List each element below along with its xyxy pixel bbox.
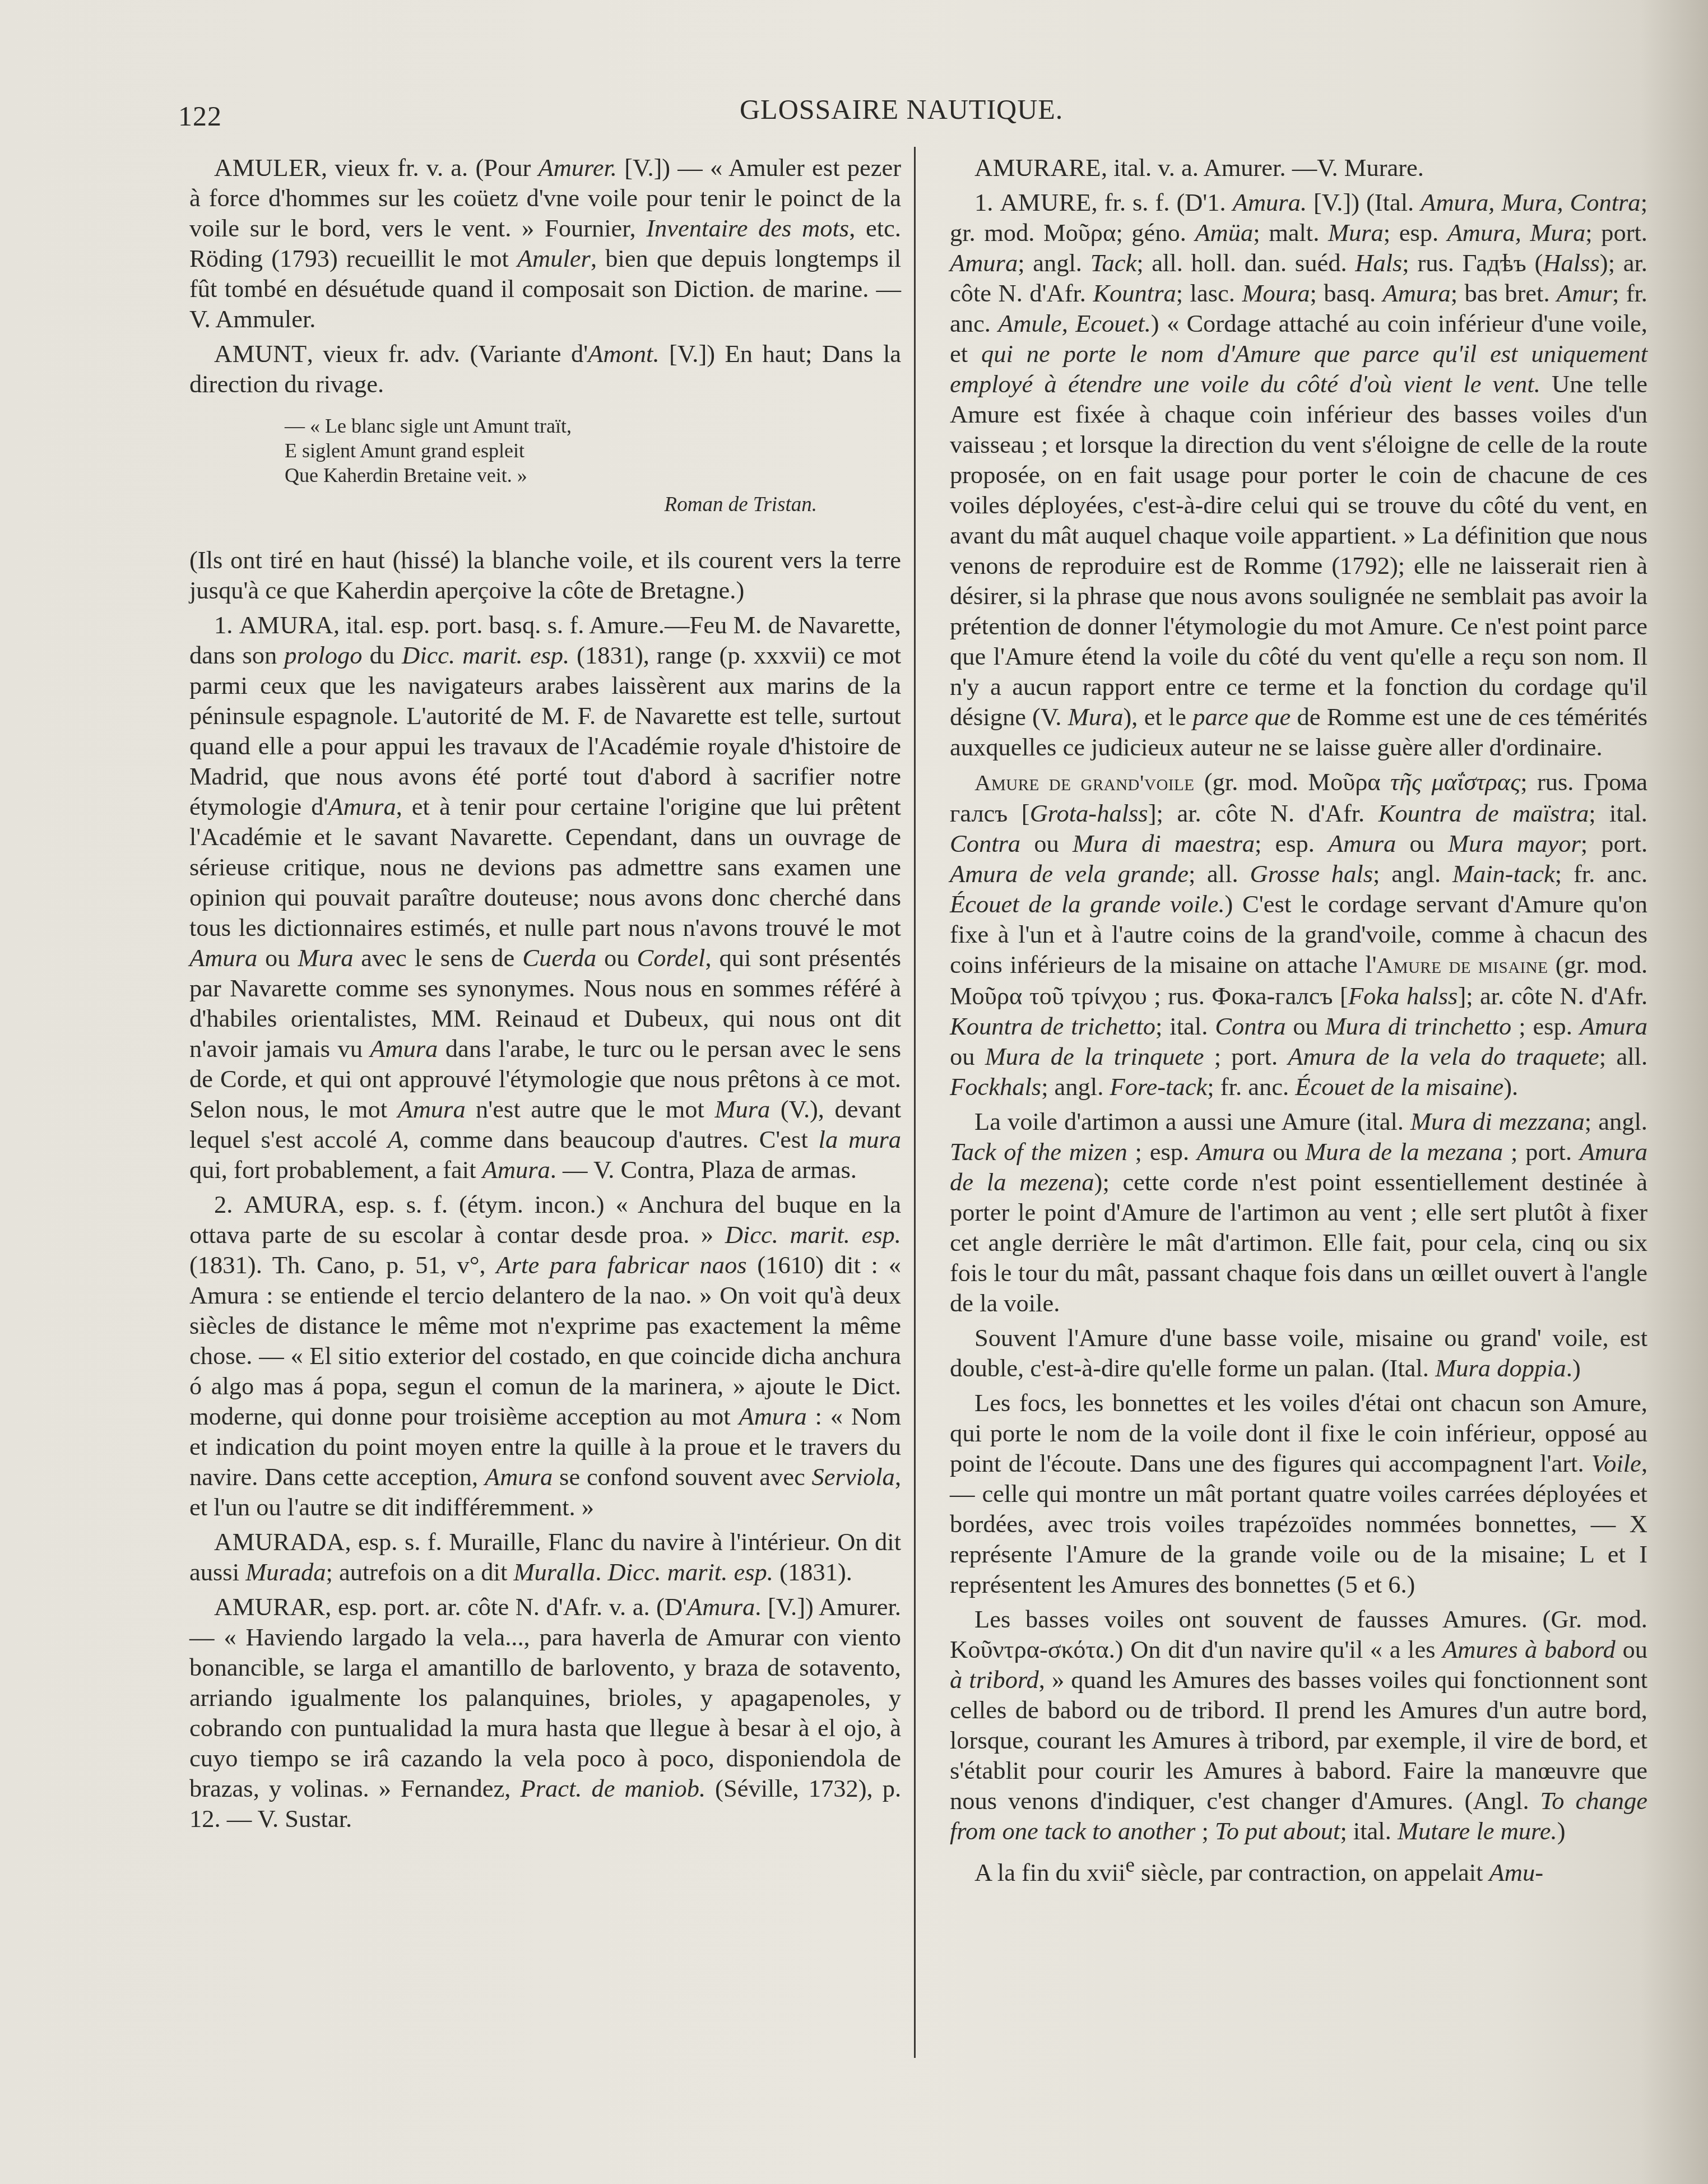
entry-amura-2: 2. AMURA, esp. s. f. (étym. incon.) « An… [189, 1189, 901, 1522]
text-run: ; all. holl. dan. suéd. [1136, 249, 1355, 277]
text-run: ; lasc. [1176, 279, 1242, 307]
page-number: 122 [178, 100, 222, 132]
italic-text: Mura [714, 1095, 770, 1123]
text-run: n'est autre que le mot [466, 1095, 715, 1123]
italic-text: Mura mayor [1448, 829, 1581, 857]
italic-text: Mura di mezzana [1410, 1107, 1585, 1135]
italic-text: Amurer. [538, 154, 617, 182]
text-run: (1831). [773, 1558, 852, 1586]
text-run: ; ital. [1155, 1012, 1215, 1040]
headword: AMURA [244, 1190, 338, 1218]
italic-text: Foka halss [1348, 982, 1458, 1010]
italic-text: Fockhals [950, 1073, 1041, 1101]
text-run: ou [1285, 1012, 1325, 1040]
italic-text: Dicc. marit. esp. [608, 1558, 773, 1586]
entry-amure-de-grand-voile: Amure de grand'voile (gr. mod. Μοῦρα τῆς… [950, 767, 1647, 1102]
text-run: ; esp. [1255, 829, 1328, 857]
italic-text: Amur [1557, 279, 1612, 307]
italic-text: Halss [1543, 249, 1599, 277]
text-run: ), et le [1124, 703, 1193, 731]
text-run: ) [1557, 1817, 1566, 1845]
text-run: 1. [974, 188, 1000, 216]
headword: AMURAR [214, 1593, 325, 1621]
text-run: ; [1195, 1817, 1215, 1845]
text-run: ou [1265, 1138, 1305, 1166]
italic-text: Amura. [1233, 188, 1307, 216]
italic-text: Mura doppia [1435, 1354, 1566, 1382]
text-run: siècle, par contraction, on appelait [1135, 1858, 1489, 1886]
italic-text: Écouet de la misaine [1295, 1073, 1503, 1101]
italic-text: Amura [482, 1156, 550, 1184]
italic-text: Amuler [517, 244, 591, 272]
text-run: ]; ar. côte N. d'Afr. [1148, 799, 1379, 827]
verse-quotation: — « Le blanc sigle unt Amunt traït, E si… [285, 414, 901, 488]
paragraph-focs: Les focs, les bonnettes et les voiles d'… [950, 1388, 1647, 1599]
running-title: GLOSSAIRE NAUTIQUE. [740, 93, 1063, 126]
italic-text: Fore-tack [1110, 1073, 1207, 1101]
text-run: ; fr. anc. [1555, 860, 1647, 888]
text-run: , ital. v. a. Amurer. —V. Murare. [1101, 154, 1424, 182]
italic-text: Amures à babord [1442, 1635, 1616, 1663]
italic-text: Amont. [588, 340, 659, 368]
italic-text: Cuerda [522, 944, 596, 972]
italic-text: Amura de la vela do traquete [1288, 1042, 1599, 1070]
italic-text: Amura [1383, 279, 1451, 307]
italic-text: Mura de la trinquete [985, 1042, 1204, 1070]
text-run: ; port. [1503, 1138, 1580, 1166]
italic-text: Inventaire des mots [646, 214, 849, 242]
verse-line: Que Kaherdin Bretaine veit. » [285, 463, 901, 488]
book-page: 122 GLOSSAIRE NAUTIQUE. AMULER, vieux fr… [0, 0, 1708, 2184]
italic-text: Mura di trinchetto [1325, 1012, 1511, 1040]
italic-text: Mura de la mezana [1305, 1138, 1503, 1166]
italic-text: Écouet de la grande voile. [950, 890, 1225, 918]
italic-text: Amura, Mura [1447, 219, 1586, 247]
paragraph-fin-xviie: A la fin du xviie siècle, par contractio… [950, 1851, 1647, 1888]
left-column: AMULER, vieux fr. v. a. (Pour Amurer. [V… [189, 152, 901, 1838]
text-run: , comme dans beaucoup d'autres. C'est [403, 1125, 819, 1153]
italic-text: Amura [370, 1035, 438, 1063]
italic-text: Kountra [1093, 279, 1176, 307]
italic-text: Kountra de trichetto [950, 1012, 1155, 1040]
italic-text: Tack of the mizen [950, 1138, 1127, 1166]
right-column: AMURARE, ital. v. a. Amurer. —V. Murare.… [950, 152, 1647, 1892]
italic-text: Mura di maestra [1073, 829, 1255, 857]
text-run: ou [950, 1042, 985, 1070]
entry-amunt: AMUNT, vieux fr. adv. (Variante d'Amont.… [189, 339, 901, 399]
italic-text: Main-tack [1452, 860, 1555, 888]
text-run: (Ils ont tiré en haut (hissé) la blanche… [189, 546, 901, 604]
text-run: . — V. Contra, Plaza de armas. [550, 1156, 857, 1184]
text-run: , esp. port. ar. côte N. d'Afr. v. a. (D… [325, 1593, 687, 1621]
text-run: se confond souvent avec [553, 1463, 811, 1491]
text-run: ; angl. [1373, 860, 1452, 888]
text-run: ; angl. [1585, 1107, 1647, 1135]
verse-source: Roman de Tristan. [189, 490, 817, 520]
italic-text: Voile [1591, 1449, 1641, 1477]
text-run: ; rus. Гадѣъ ( [1402, 249, 1543, 277]
text-run: avec le sens de [353, 944, 522, 972]
italic-text: τῆς μαΐστρας [1390, 768, 1520, 796]
text-run: ou [257, 944, 298, 972]
text-run: 2. [214, 1190, 244, 1218]
text-run: ; port. [1204, 1042, 1288, 1070]
text-run: ; esp. [1127, 1138, 1197, 1166]
entry-amurare: AMURARE, ital. v. a. Amurer. —V. Murare. [950, 152, 1647, 183]
verse-line: — « Le blanc sigle unt Amunt traït, [285, 414, 901, 438]
text-run: La voile d'artimon a aussi une Amure (it… [974, 1107, 1410, 1135]
italic-text: Pract. de maniob. [520, 1774, 706, 1802]
headword: AMURA [239, 611, 333, 639]
text-run: ; esp. [1511, 1012, 1580, 1040]
entry-amure-1: 1. AMURE, fr. s. f. (D'1. Amura. [V.]) (… [950, 187, 1647, 762]
verse-line: E siglent Amunt grand espleit [285, 438, 901, 463]
italic-text: Amu- [1489, 1858, 1543, 1886]
italic-text: Amura de vela grande [950, 860, 1189, 888]
italic-text: Mutare le mure. [1398, 1817, 1557, 1845]
text-run: ]; ar. côte N. d'Afr. [1458, 982, 1647, 1010]
text-run: Amure de misaine [1377, 953, 1548, 978]
italic-text: Tack [1090, 249, 1136, 277]
italic-text: Serviola [812, 1463, 895, 1491]
text-run: ; angl. [1041, 1073, 1110, 1101]
headword: AMURADA [214, 1528, 345, 1556]
italic-text: Amüa [1195, 219, 1253, 247]
text-run: (1831). Th. Cano, p. 51, v°, [189, 1251, 496, 1279]
italic-text: Mura [1068, 703, 1124, 731]
italic-text: Amura [1328, 829, 1396, 857]
column-divider [914, 147, 916, 2058]
text-run: ; all. [1189, 860, 1250, 888]
italic-text: Dicc. marit. esp. [402, 641, 569, 669]
text-run: .) [1566, 1354, 1581, 1382]
text-run: [V.]) (Ital. [1307, 188, 1421, 216]
text-run: du [363, 641, 402, 669]
italic-text: la mura [819, 1125, 901, 1153]
italic-text: prologo [284, 641, 362, 669]
italic-text: To put about [1215, 1817, 1340, 1845]
italic-text: Amura [328, 792, 396, 820]
text-run: , vieux fr. adv. (Variante d' [307, 340, 588, 368]
text-run: Les focs, les bonnettes et les voiles d'… [950, 1389, 1647, 1477]
entry-amurar: AMURAR, esp. port. ar. côte N. d'Afr. v.… [189, 1592, 901, 1834]
headword: AMULER [214, 154, 321, 182]
italic-text: Contra [950, 829, 1020, 857]
italic-text: à tribord [950, 1666, 1039, 1694]
italic-text: Amura [1197, 1138, 1265, 1166]
italic-text: Hals [1355, 249, 1402, 277]
text-run: ou [1616, 1635, 1647, 1663]
text-run: A la fin du xvii [974, 1858, 1125, 1886]
headword: AMURARE [974, 154, 1101, 182]
text-run: ou [1020, 829, 1073, 857]
italic-text: A [388, 1125, 403, 1153]
italic-text: Amura [950, 249, 1018, 277]
text-run: , vieux fr. v. a. (Pour [321, 154, 539, 182]
text-run: ; basq. [1310, 279, 1383, 307]
text-run: ; ital. [1589, 799, 1647, 827]
italic-text: Kountra de maïstra [1379, 799, 1589, 827]
text-run: ; all. [1599, 1042, 1647, 1070]
italic-text: Amura [1580, 1012, 1647, 1040]
italic-text: Muralla [513, 1558, 595, 1586]
text-run: ou [596, 944, 637, 972]
text-run: Amure de grand'voile [974, 770, 1194, 795]
text-run: ; malt. [1253, 219, 1328, 247]
text-run: ). [1503, 1073, 1518, 1101]
italic-text: Arte para fabricar naos [496, 1251, 747, 1279]
headword: AMUNT [214, 340, 307, 368]
text-run: e [1125, 1854, 1134, 1877]
text-run: ; port. [1581, 829, 1647, 857]
italic-text: parce que [1192, 703, 1291, 731]
paragraph-artimon: La voile d'artimon a aussi une Amure (it… [950, 1106, 1647, 1318]
italic-text: Grosse hals [1250, 860, 1373, 888]
text-run: Une telle Amure est fixée à chaque coin … [950, 370, 1647, 731]
text-run: ; esp. [1384, 219, 1447, 247]
italic-text: Mura [298, 944, 354, 972]
text-run: ou [1396, 829, 1448, 857]
entry-amura-1: 1. AMURA, ital. esp. port. basq. s. f. A… [189, 610, 901, 1185]
italic-text: Amura, Mura, Contra [1421, 188, 1640, 216]
text-run: (gr. mod. Μοῦρα [1194, 768, 1390, 796]
italic-text: Murada [245, 1558, 326, 1586]
text-run: . [V.]) Amurer. — « Haviendo largado la … [189, 1593, 901, 1802]
text-run: ; angl. [1018, 249, 1090, 277]
text-run: 1. [214, 611, 239, 639]
text-run: ; bas bret. [1451, 279, 1557, 307]
text-run: qui, fort probablement, a fait [189, 1156, 482, 1184]
italic-text: Amura [739, 1402, 807, 1430]
italic-text: Moura [1242, 279, 1310, 307]
italic-text: Grota-halss [1030, 799, 1148, 827]
italic-text: Amura [687, 1593, 755, 1621]
entry-amurada: AMURADA, esp. s. f. Muraille, Flanc du n… [189, 1527, 901, 1587]
entry-amuler: AMULER, vieux fr. v. a. (Pour Amurer. [V… [189, 152, 901, 334]
text-run: ; fr. anc. [1207, 1073, 1295, 1101]
paragraph-fausses-amures: Les basses voiles ont souvent de fausses… [950, 1604, 1647, 1846]
paragraph-amure-double: Souvent l'Amure d'une basse voile, misai… [950, 1323, 1647, 1383]
italic-text: Amura [485, 1463, 553, 1491]
italic-text: Contra [1215, 1012, 1285, 1040]
italic-text: Cordel [637, 944, 706, 972]
text-run: . [595, 1558, 607, 1586]
text-run: ; autrefois on a dit [326, 1558, 514, 1586]
text-run: , fr. s. f. (D'1. [1092, 188, 1233, 216]
text-run: ; port. [1585, 219, 1647, 247]
verse-translation: (Ils ont tiré en haut (hissé) la blanche… [189, 545, 901, 605]
italic-text: Dicc. marit. esp. [725, 1221, 901, 1249]
italic-text: Amura [398, 1095, 466, 1123]
italic-text: Mura [1328, 219, 1384, 247]
italic-text: Amule, Ecouet. [998, 309, 1151, 337]
headword: AMURE [1000, 188, 1091, 216]
italic-text: Amura [189, 944, 257, 972]
text-run: ; ital. [1340, 1817, 1398, 1845]
